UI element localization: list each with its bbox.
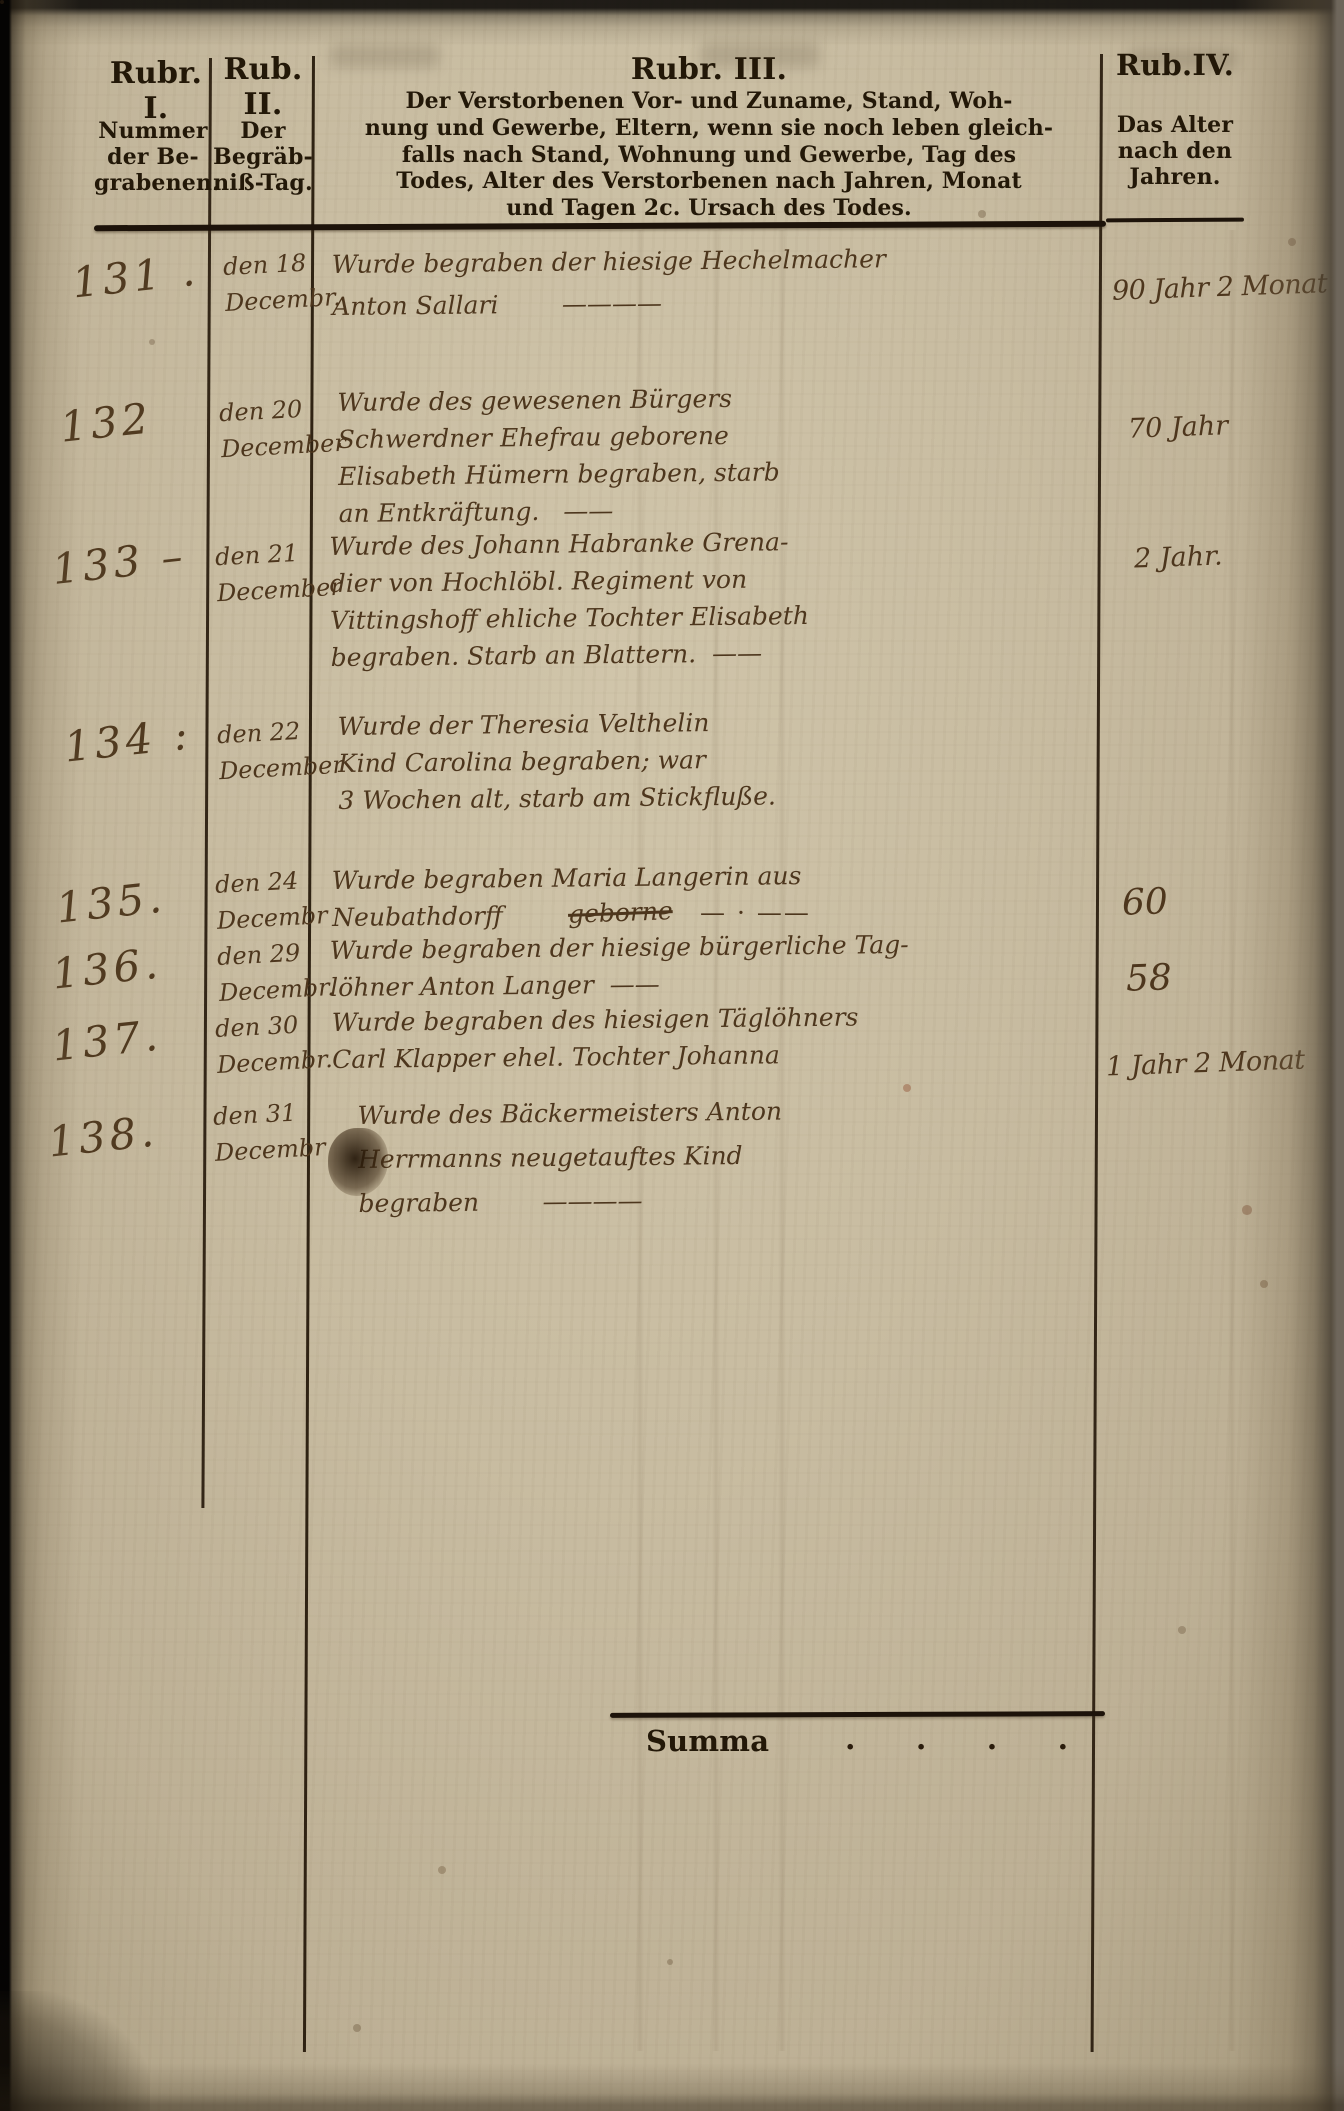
row-number: 134 : [62,709,194,771]
burial-entry: Wurde begraben der hiesige Hechelmacher … [332,236,1103,328]
row-number: 131 . [70,246,201,308]
age-value: 58 [1125,957,1172,1000]
rubric-2-title: Rub. II. [212,52,314,122]
burial-date: den 31 Decembr [212,1093,326,1171]
age-value: 70 Jahr [1127,410,1228,444]
burial-entry: Wurde begraben der hiesige bürgerliche T… [330,924,1101,1006]
age-value: 2 Jahr. [1133,540,1223,574]
rubric-1-title: Rubr. I. [100,56,212,126]
rubric-1-label: Nummer der Be- grabenen. [94,118,212,196]
burial-date: den 20 December [218,389,346,467]
rubric-4-title: Rub.IV. [1104,48,1246,82]
rubric-3-title: Rubr. III. [318,52,1100,87]
column-divider-1-2 [201,58,211,1508]
paper-speckles [0,0,4,4]
burial-entry: Wurde der Theresia Velthelin Kind Caroli… [337,700,1108,819]
header-rule [94,221,1106,231]
page-edge-bottom [0,2063,1344,2111]
burial-date: den 29 Decembr. [216,933,335,1011]
burial-entry: Wurde des Johann Habranke Grena- dier vo… [329,520,1101,676]
header-rule-col4 [1106,218,1244,223]
burial-date: den 18 Decembr. [222,243,341,321]
burial-date: den 24 Decembr [214,861,328,939]
burial-date: den 30 Decembr. [214,1005,333,1083]
burial-entry: Wurde begraben des hiesigen Täglöhners C… [332,996,1103,1078]
rubric-2-label: Der Begräb- niß-Tag. [212,118,314,196]
summa-rule [610,1711,1105,1718]
age-value: 60 [1121,881,1168,924]
burial-date: den 22 December [216,711,344,789]
rubric-4-label: Das Alter nach den Jahren. [1102,112,1248,190]
entry-flourish: — · —— [700,898,811,927]
summa-dots: . . . . [845,1722,1068,1757]
page-edge-right [1234,0,1344,2111]
summa-label: Summa [646,1724,769,1758]
page-corner-shadow [0,1991,150,2111]
page-edge-left [0,0,80,2111]
struck-word: geborne [568,896,674,929]
page-edge-top [0,0,1344,46]
scanned-register-page: Rubr. I. Nummer der Be- grabenen. Rub. I… [0,0,1344,2111]
burial-date: den 21 December [214,533,342,611]
burial-entry: Wurde des gewesenen Bürgers Schwerdner E… [337,376,1109,532]
burial-entry: Wurde des Bäckermeisters Anton Herrmanns… [357,1086,1128,1226]
rubric-3-label: Der Verstorbenen Vor- und Zuname, Stand,… [318,88,1100,222]
